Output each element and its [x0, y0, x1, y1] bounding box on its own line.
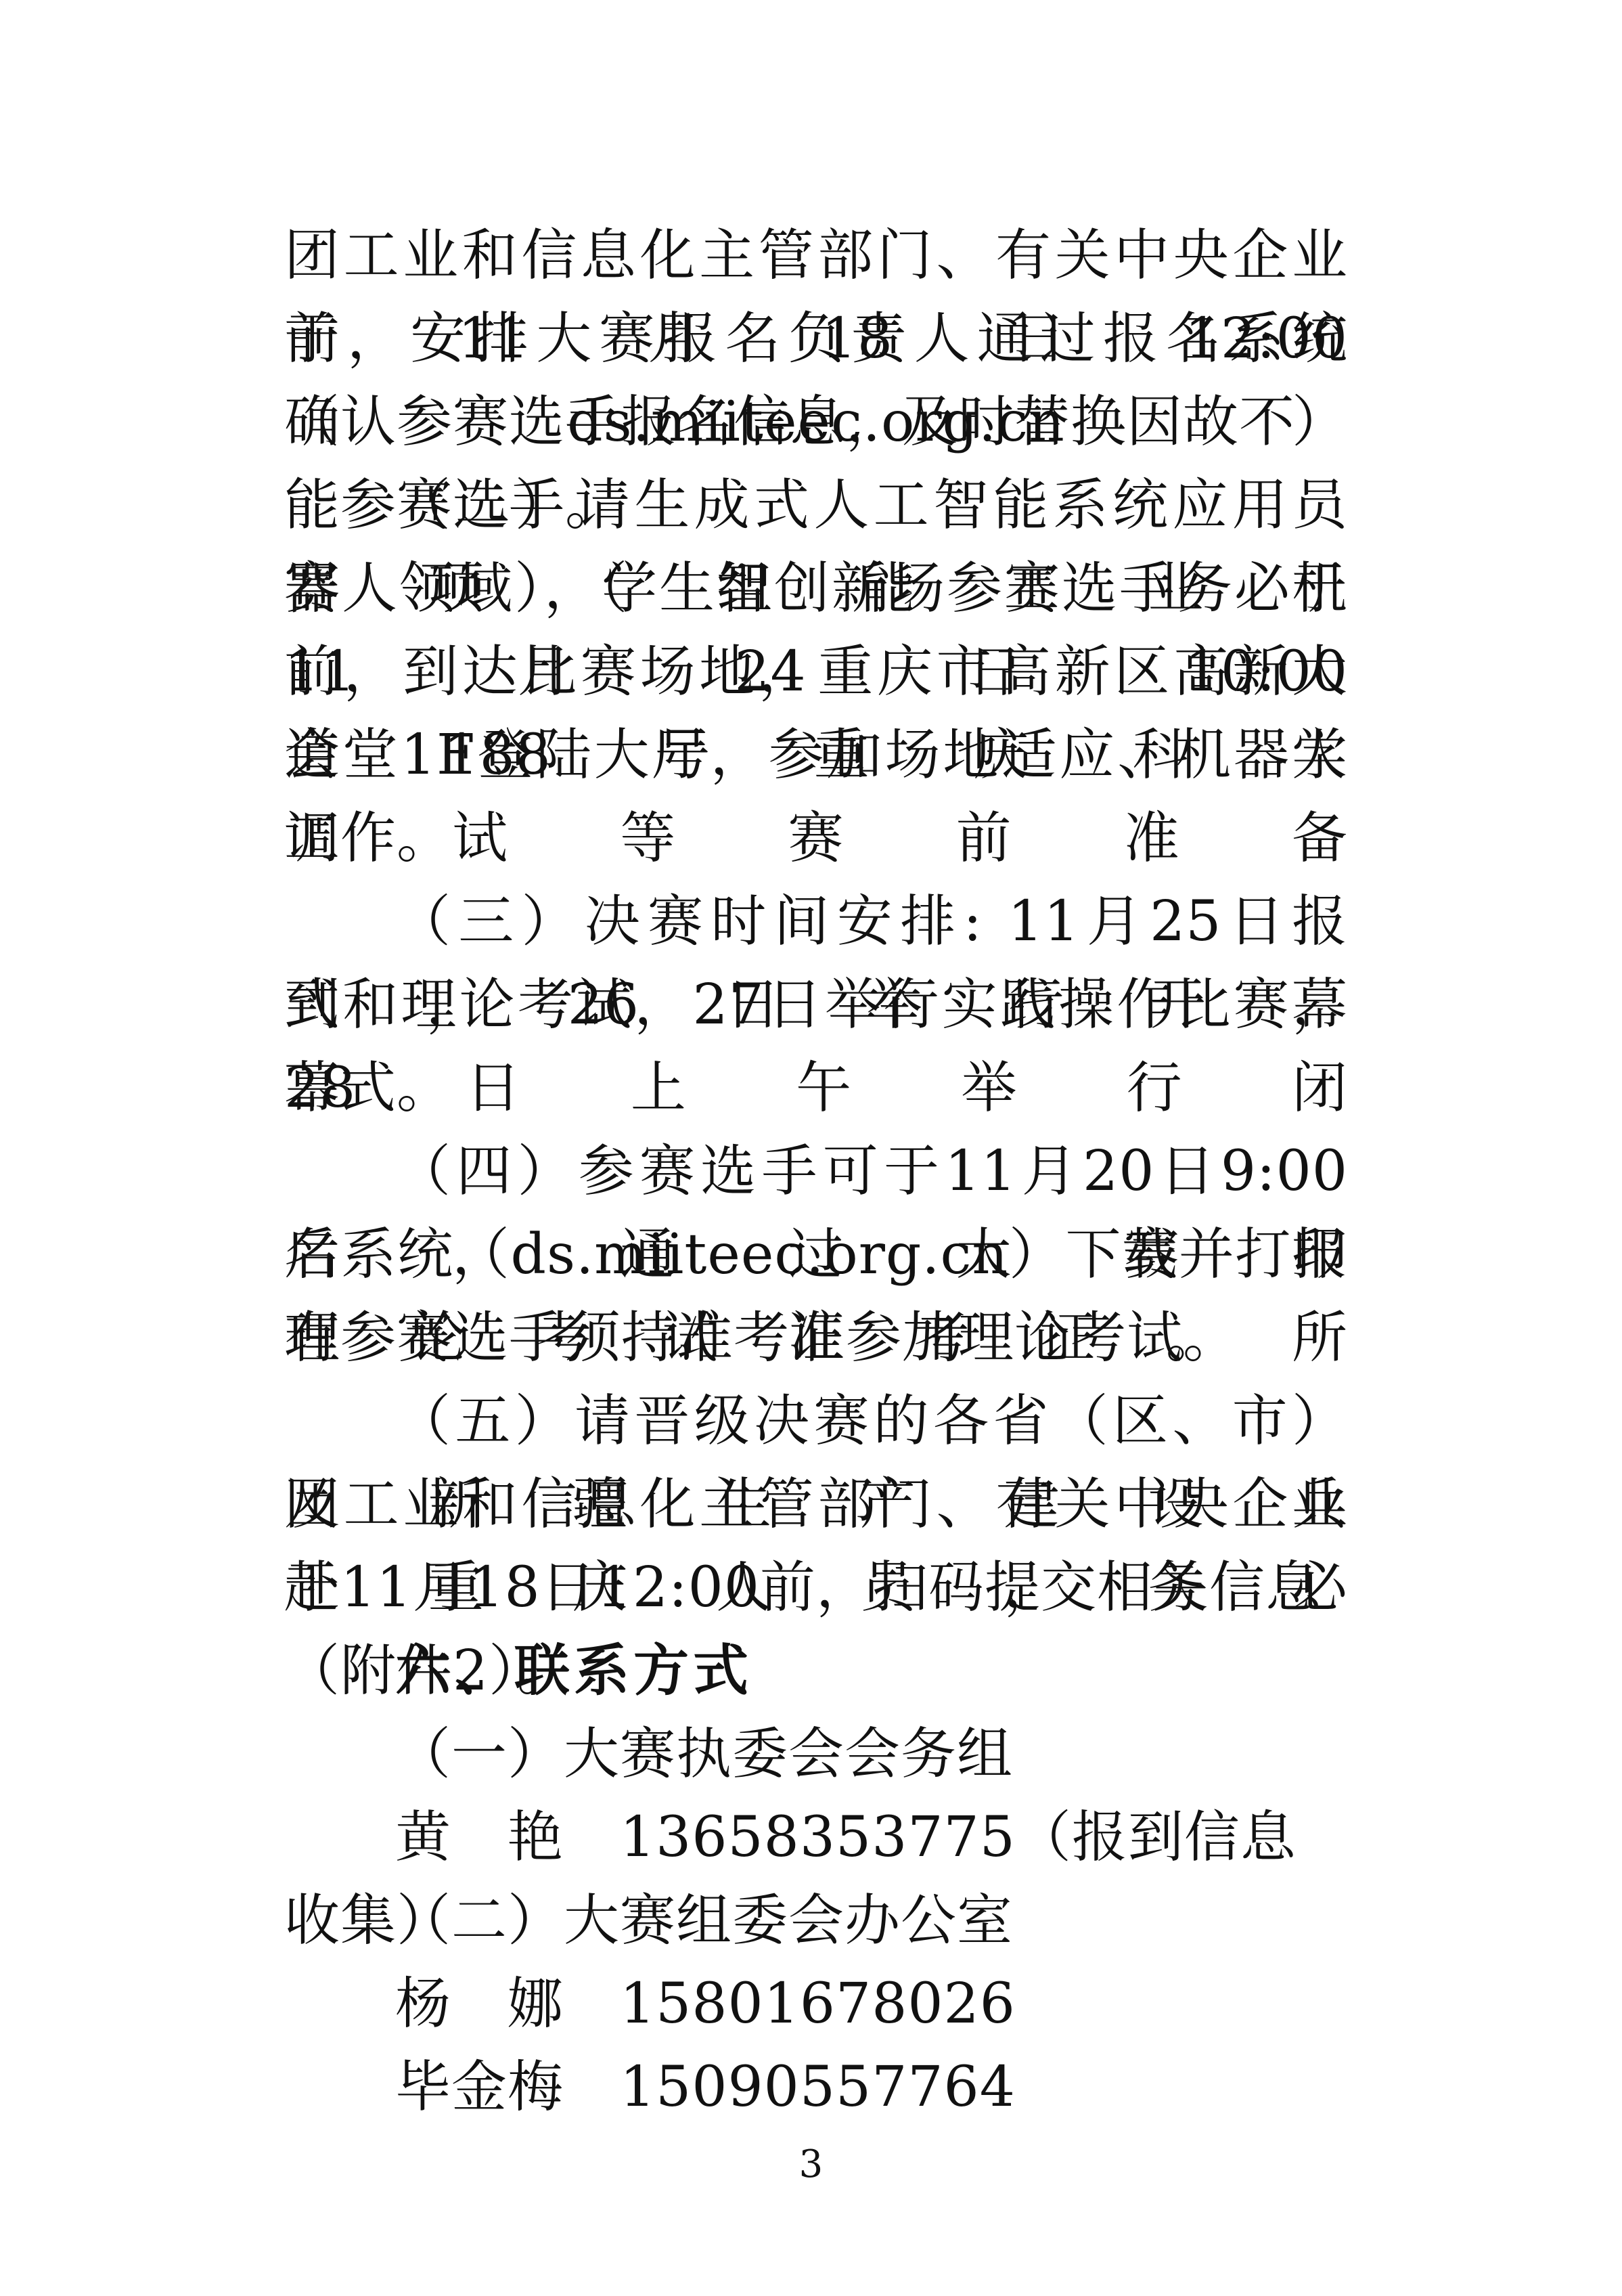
paragraph-line: 名系统（ds.miiteec.org.cn）下载并打印理论考试准考证。所: [284, 1213, 1348, 1296]
contact-person-line: 毕金梅 15090557764: [284, 2046, 1348, 2129]
paragraph-line: 式和理论考试，27日举行实践操作比赛，28日上午举行闭: [284, 963, 1348, 1046]
paragraph-line: 团工业和信息化主管部门、有关中央企业于11月18日12:00: [284, 214, 1348, 297]
paragraph-line: （四）参赛选手可于11月20日9:00后，通过大赛报: [284, 1130, 1348, 1213]
page-number: 3: [0, 2138, 1622, 2192]
contact-group-line: （一）大赛执委会会务组: [284, 1713, 1348, 1796]
paragraph-line: 前，到达比赛场地，重庆市高新区高新大道188号重庆科学: [284, 630, 1348, 713]
paragraph-line: （三）决赛时间安排: 11月25日报到，26日举行开幕: [284, 880, 1348, 963]
paragraph-line: 于11月18日12:00前，扫码提交相关信息（附件2）。: [284, 1546, 1348, 1629]
contact-person-line: 杨 娜 15801678026: [284, 1962, 1348, 2046]
section-heading-contact: 六、联系方式: [284, 1629, 1348, 1713]
contact-person-line: 黄 艳 13658353775（报到信息收集）: [284, 1796, 1348, 1879]
paragraph-line: 确认参赛选手报名信息，及时替换因故不能参赛选手。: [284, 380, 1348, 464]
paragraph-line: 有参赛选手须持准考证参加理论考试。: [284, 1296, 1348, 1379]
document-body: 团工业和信息化主管部门、有关中央企业于11月18日12:00 前，安排大赛报名负…: [284, 214, 1348, 2129]
document-page: 团工业和信息化主管部门、有关中央企业于11月18日12:00 前，安排大赛报名负…: [0, 0, 1622, 2296]
paragraph-line: 器人领域），学生组创新场参赛选手务必于11月24日10:00: [284, 547, 1348, 630]
paragraph-line: 会堂1F登陆大厅，参加场地适应、机器人调试等赛前准备: [284, 713, 1348, 797]
contact-group-line: （二）大赛组委会办公室: [284, 1879, 1348, 1962]
paragraph-line: 团工业和信息化主管部门、有关中央企业赴重庆人员，务必: [284, 1463, 1348, 1546]
paragraph-line: （五）请晋级决赛的各省（区、市）及新疆生产建设兵: [284, 1379, 1348, 1463]
paragraph-line: （二）请生成式人工智能系统应用员赛项（智能工业机: [284, 464, 1348, 547]
paragraph-line: 前，安排大赛报名负责人通过报名系统（ds.miiteec.org.cn）: [284, 297, 1348, 380]
